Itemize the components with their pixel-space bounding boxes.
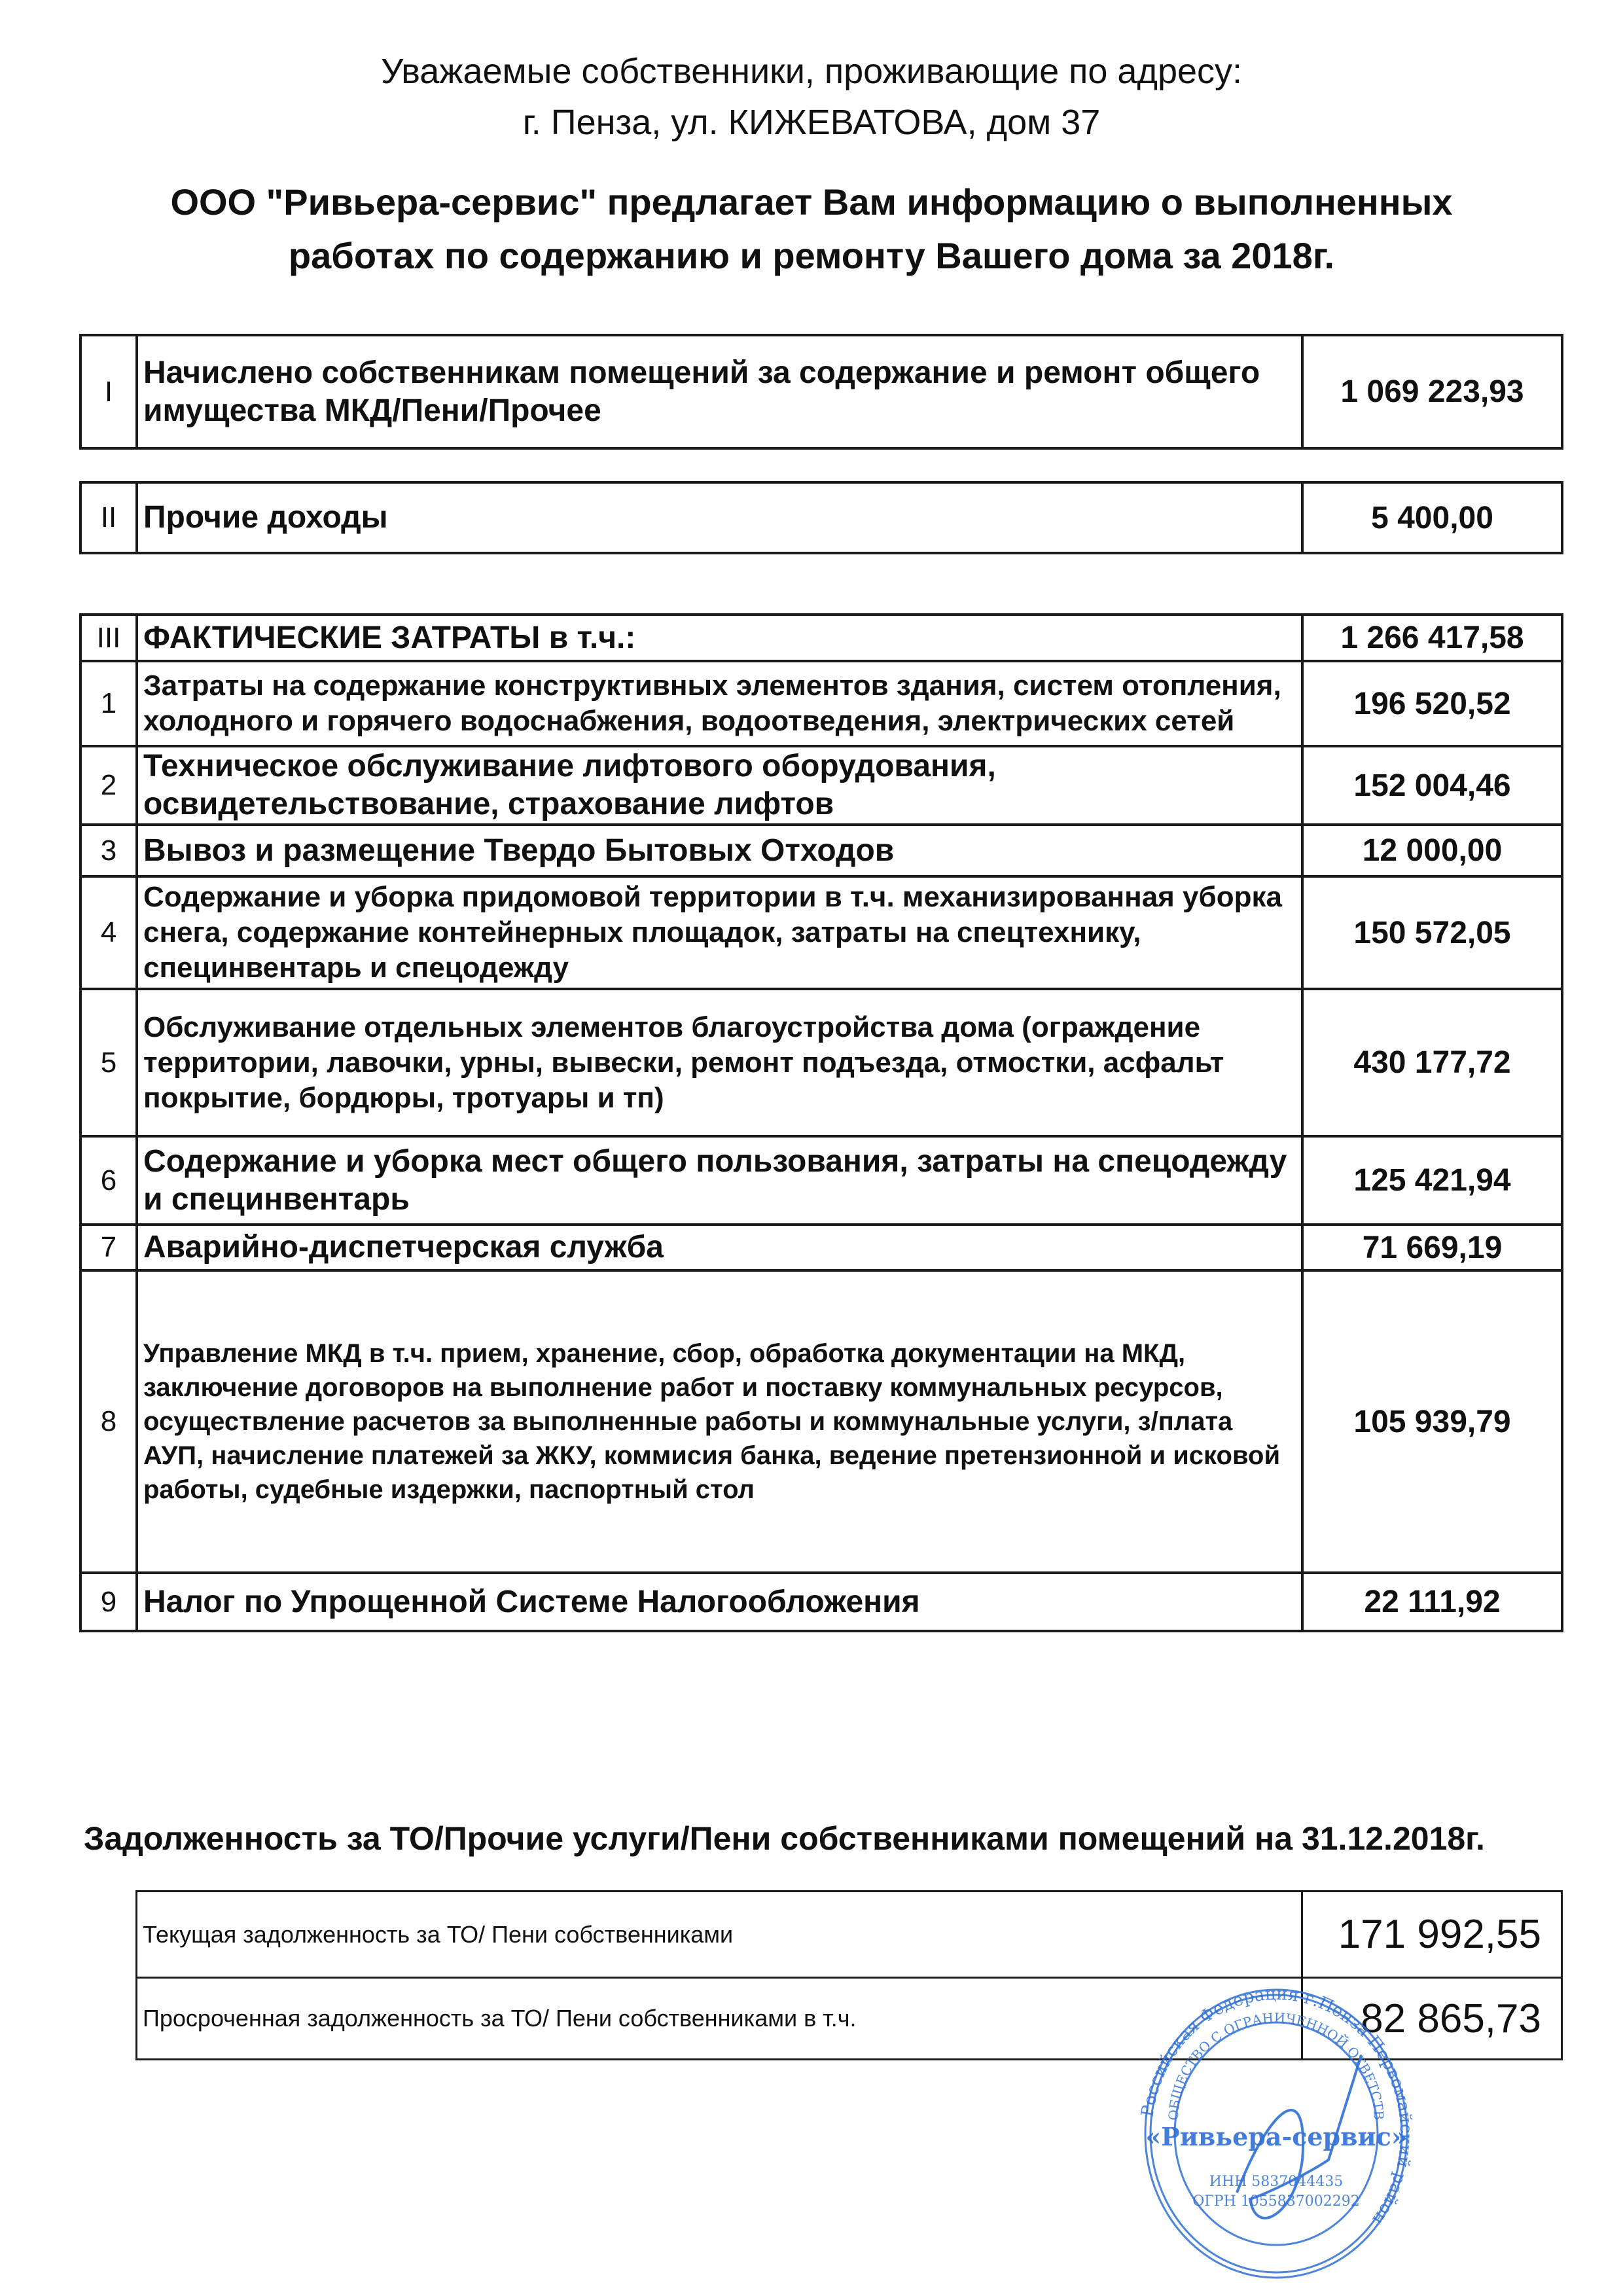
table-row-header: III ФАКТИЧЕСКИЕ ЗАТРАТЫ в т.ч.: 1 266 41… bbox=[80, 615, 1562, 661]
row-number: 4 bbox=[80, 876, 137, 989]
row-number: 5 bbox=[80, 989, 137, 1136]
section-ii-table: II Прочие доходы 5 400,00 bbox=[79, 481, 1563, 554]
row-value: 105 939,79 bbox=[1302, 1270, 1562, 1573]
table-row: II Прочие доходы 5 400,00 bbox=[80, 482, 1562, 553]
section-i-table: I Начислено собственникам помещений за с… bbox=[79, 334, 1563, 450]
debt-value: 171 992,55 bbox=[1302, 1892, 1562, 1978]
debt-heading: Задолженность за ТО/Прочие услуги/Пени с… bbox=[84, 1820, 1485, 1857]
greeting: Уважаемые собственники, проживающие по а… bbox=[0, 46, 1623, 148]
row-label: Содержание и уборка придомовой территори… bbox=[137, 876, 1302, 989]
company-stamp: Российская Федерация г.Пенза Первомайски… bbox=[1139, 1977, 1414, 2291]
stamp-company-name: «Ривьера-сервис» bbox=[1145, 2122, 1406, 2151]
stamp-ogrn: ОГРН 1055837002292 bbox=[1192, 2193, 1360, 2210]
debt-label: Просроченная задолженность за ТО/ Пени с… bbox=[137, 1978, 1302, 2060]
row-value: 1 069 223,93 bbox=[1302, 335, 1562, 448]
debt-label: Текущая задолженность за ТО/ Пени собств… bbox=[137, 1892, 1302, 1978]
section-iii-table: III ФАКТИЧЕСКИЕ ЗАТРАТЫ в т.ч.: 1 266 41… bbox=[79, 613, 1563, 1632]
row-value: 152 004,46 bbox=[1302, 746, 1562, 825]
row-label: Налог по Упрощенной Системе Налогообложе… bbox=[137, 1573, 1302, 1631]
row-value: 71 669,19 bbox=[1302, 1225, 1562, 1270]
row-label: Начислено собственникам помещений за сод… bbox=[137, 335, 1302, 448]
row-number: 8 bbox=[80, 1270, 137, 1573]
row-number: 3 bbox=[80, 825, 137, 876]
table-row: Текущая задолженность за ТО/ Пени собств… bbox=[137, 1892, 1562, 1978]
title-line-1: ООО "Ривьера-сервис" предлагает Вам инфо… bbox=[0, 175, 1623, 229]
address-line: г. Пенза, ул. КИЖЕВАТОВА, дом 37 bbox=[0, 97, 1623, 148]
row-value: 196 520,52 bbox=[1302, 661, 1562, 746]
row-value: 125 421,94 bbox=[1302, 1136, 1562, 1225]
row-value: 5 400,00 bbox=[1302, 482, 1562, 553]
row-label: Вывоз и размещение Твердо Бытовых Отходо… bbox=[137, 825, 1302, 876]
row-number: 9 bbox=[80, 1573, 137, 1631]
table-row: 5 Обслуживание отдельных элементов благо… bbox=[80, 989, 1562, 1136]
table-row: 4 Содержание и уборка придомовой террито… bbox=[80, 876, 1562, 989]
table-row: 1 Затраты на содержание конструктивных э… bbox=[80, 661, 1562, 746]
title-line-2: работах по содержанию и ремонту Вашего д… bbox=[0, 229, 1623, 283]
row-number: 2 bbox=[80, 746, 137, 825]
row-value: 1 266 417,58 bbox=[1302, 615, 1562, 661]
row-value: 22 111,92 bbox=[1302, 1573, 1562, 1631]
table-row: 2 Техническое обслуживание лифтового обо… bbox=[80, 746, 1562, 825]
row-value: 430 177,72 bbox=[1302, 989, 1562, 1136]
row-number: 7 bbox=[80, 1225, 137, 1270]
row-label: Техническое обслуживание лифтового обору… bbox=[137, 746, 1302, 825]
row-label: ФАКТИЧЕСКИЕ ЗАТРАТЫ в т.ч.: bbox=[137, 615, 1302, 661]
table-row: 3 Вывоз и размещение Твердо Бытовых Отхо… bbox=[80, 825, 1562, 876]
row-number: I bbox=[80, 335, 137, 448]
row-label: Аварийно-диспетчерская служба bbox=[137, 1225, 1302, 1270]
row-label: Прочие доходы bbox=[137, 482, 1302, 553]
greeting-line-1: Уважаемые собственники, проживающие по а… bbox=[0, 46, 1623, 97]
row-label: Затраты на содержание конструктивных эле… bbox=[137, 661, 1302, 746]
table-row: 9 Налог по Упрощенной Системе Налогообло… bbox=[80, 1573, 1562, 1631]
row-number: II bbox=[80, 482, 137, 553]
table-row: I Начислено собственникам помещений за с… bbox=[80, 335, 1562, 448]
row-number: 1 bbox=[80, 661, 137, 746]
table-row: 7 Аварийно-диспетчерская служба 71 669,1… bbox=[80, 1225, 1562, 1270]
row-label: Управление МКД в т.ч. прием, хранение, с… bbox=[137, 1270, 1302, 1573]
row-label: Обслуживание отдельных элементов благоус… bbox=[137, 989, 1302, 1136]
table-row: 8 Управление МКД в т.ч. прием, хранение,… bbox=[80, 1270, 1562, 1573]
document-title: ООО "Ривьера-сервис" предлагает Вам инфо… bbox=[0, 175, 1623, 283]
row-number: 6 bbox=[80, 1136, 137, 1225]
row-value: 12 000,00 bbox=[1302, 825, 1562, 876]
table-row: 6 Содержание и уборка мест общего пользо… bbox=[80, 1136, 1562, 1225]
row-label: Содержание и уборка мест общего пользова… bbox=[137, 1136, 1302, 1225]
row-value: 150 572,05 bbox=[1302, 876, 1562, 989]
row-number: III bbox=[80, 615, 137, 661]
